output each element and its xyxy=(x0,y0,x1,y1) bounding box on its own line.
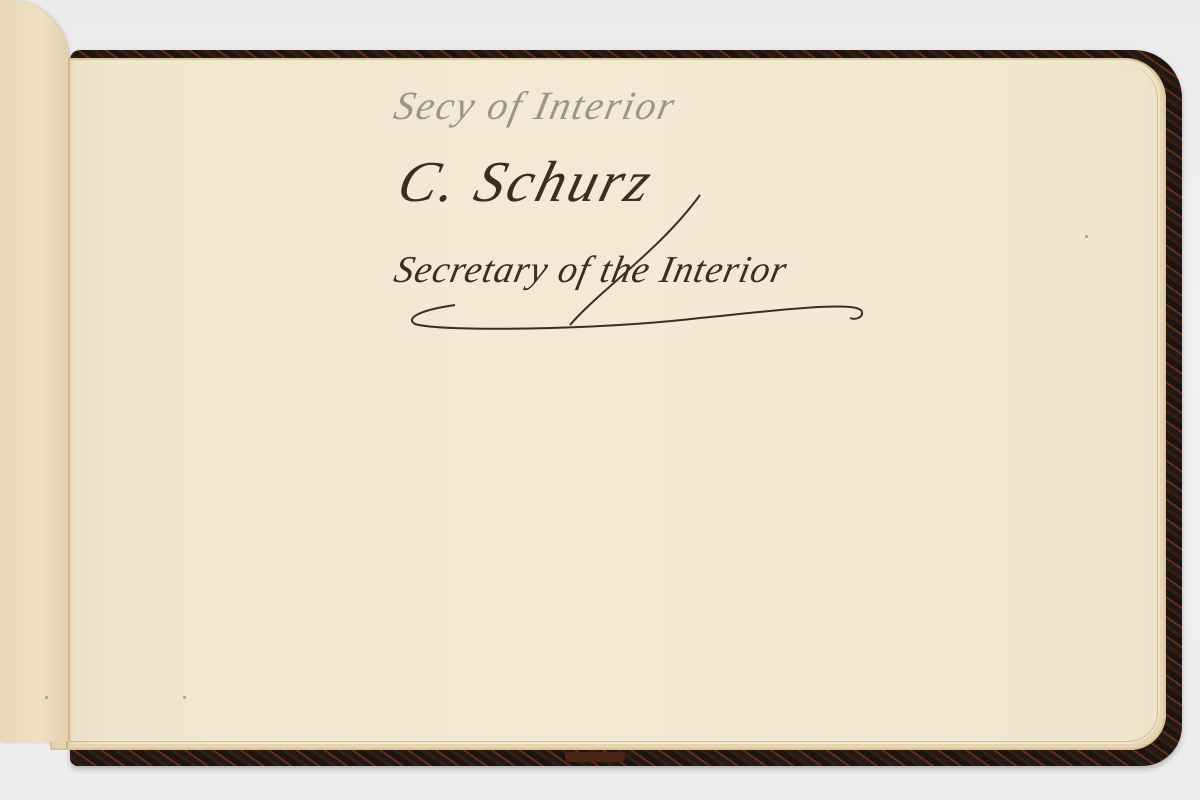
album-page-left-curled xyxy=(0,0,68,742)
cover-torn-edge xyxy=(565,752,625,762)
pencil-annotation: Secy of Interior xyxy=(390,82,681,129)
paper-speck xyxy=(183,696,186,699)
paper-speck xyxy=(1085,235,1088,238)
photo-scene: Secy of Interior C. Schurz Secretary of … xyxy=(0,0,1200,800)
paper-speck xyxy=(45,696,48,699)
signature-flourish xyxy=(400,140,880,340)
